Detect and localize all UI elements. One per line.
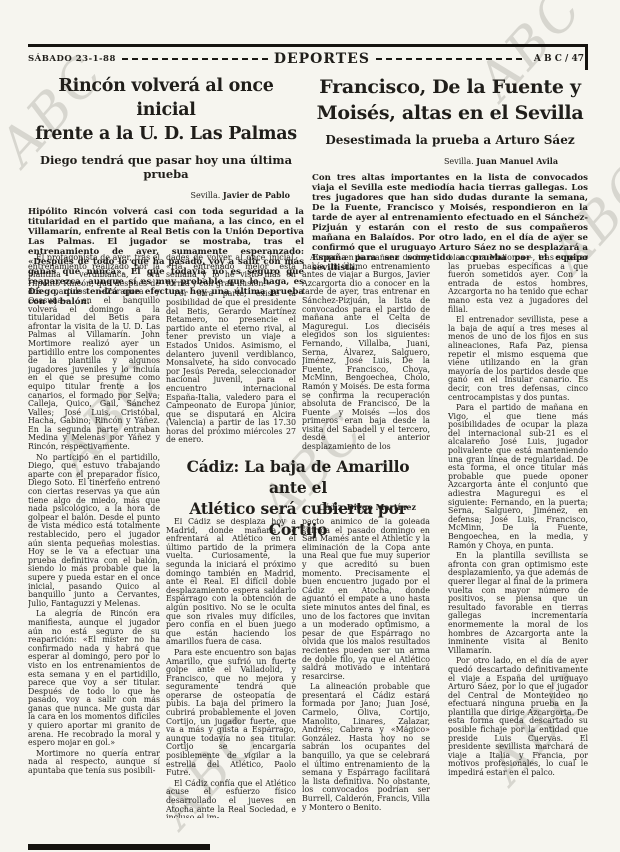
cadiz-column-2: pacto anímico de la goleada sufrida el p… [302,518,430,818]
sevilla-paragraph: Para el partido de mañana en Vigo, el qu… [448,404,588,550]
cadiz-column-1: El Cádiz se desplaza hoy a Madrid, donde… [166,518,296,818]
betis-headline-line2: frente a la U. D. Las Palmas [28,122,304,146]
page-number: A B C / 47 [534,54,584,64]
sevilla-column-2: blancos a Mallorca—, tras superar las pr… [448,254,588,816]
sevilla-byline-author: Juan Manuel Avila [476,156,558,166]
cadiz-byline: Cádiz. Diego Martínez [166,502,416,512]
cadiz-headline-line1: Cádiz: La baja de Amarillo ante el [166,456,430,498]
betis-paragraph: La alegría de Rincón era manifiesta, aun… [28,610,160,748]
betis-byline-city: Sevilla. [191,191,221,200]
betis-byline-author: Javier de Pablo [223,190,290,200]
cadiz-paragraph: La alineación probable que presentará el… [302,683,430,812]
cadiz-byline-author: Diego Martínez [347,502,416,512]
header-rule-left [122,58,268,60]
header-corner-rule [585,44,588,70]
betis-headline-line1: Rincón volverá al once inicial [28,74,304,122]
cadiz-paragraph: Para este encuentro son bajas Amarillo, … [166,649,296,778]
cadiz-byline-city: Cádiz. [319,503,344,512]
betis-paragraph: dades de volver al once inicial. «Ha ent… [166,254,296,288]
betis-paragraph: El protagonista de ayer, tras el entrena… [28,254,160,452]
sevilla-headline-line1: Francisco, De la Fuente y [312,74,588,100]
article-sevilla-header: Francisco, De la Fuente y Moisés, altas … [312,74,588,273]
header-top-rule [28,44,588,47]
cadiz-paragraph: El Cádiz confía que el Atlético acuse el… [166,780,296,818]
sevilla-paragraph: Por otro lado, en el día de ayer quedó d… [448,657,588,777]
betis-paragraph: Por otra parte, existe la posibilidad de… [166,290,296,445]
sevilla-paragraph: En la plantilla sevillista se afronta co… [448,552,588,655]
betis-column-1: El protagonista de ayer, tras el entrena… [28,254,160,816]
sevilla-column-1: Aunque en la mañana de hoy había un últi… [302,254,430,452]
section-title: DEPORTES [274,51,370,67]
cadiz-paragraph: El Cádiz se desplaza hoy a Madrid, donde… [166,518,296,647]
sevilla-headline-line2: Moisés, altas en el Sevilla [312,100,588,126]
betis-subtitle: Diego tendrá que pasar hoy una última pr… [28,153,304,181]
sevilla-paragraph: blancos a Mallorca—, tras superar las pr… [448,254,588,314]
sevilla-paragraph: El entrenador sevillista, pese a la baja… [448,316,588,402]
betis-paragraph: Mortimore no quería entrar nada al respe… [28,750,160,776]
sevilla-subtitle: Desestimada la prueba a Arturo Sáez [312,133,588,147]
newspaper-page: ABC ABC ABC ABC ABC ABC ABC SÁBADO 23-1-… [0,0,620,852]
sevilla-byline-city: Sevilla. [444,157,474,166]
betis-byline: Sevilla. Javier de Pablo [28,190,304,200]
betis-column-2: dades de volver al once inicial. «Ha ent… [166,254,296,452]
sevilla-byline: Sevilla. Juan Manuel Avila [312,156,588,166]
bottom-rule [28,844,210,850]
cadiz-paragraph: pacto anímico de la goleada sufrida el p… [302,518,430,681]
sevilla-paragraph: Aunque en la mañana de hoy había un últi… [302,254,430,452]
betis-paragraph: No participó en el partidillo, Diego, qu… [28,454,160,609]
edition-date: SÁBADO 23-1-88 [28,54,116,64]
page-header: SÁBADO 23-1-88 DEPORTES A B C / 47 [28,51,584,67]
header-rule-right [376,58,522,60]
